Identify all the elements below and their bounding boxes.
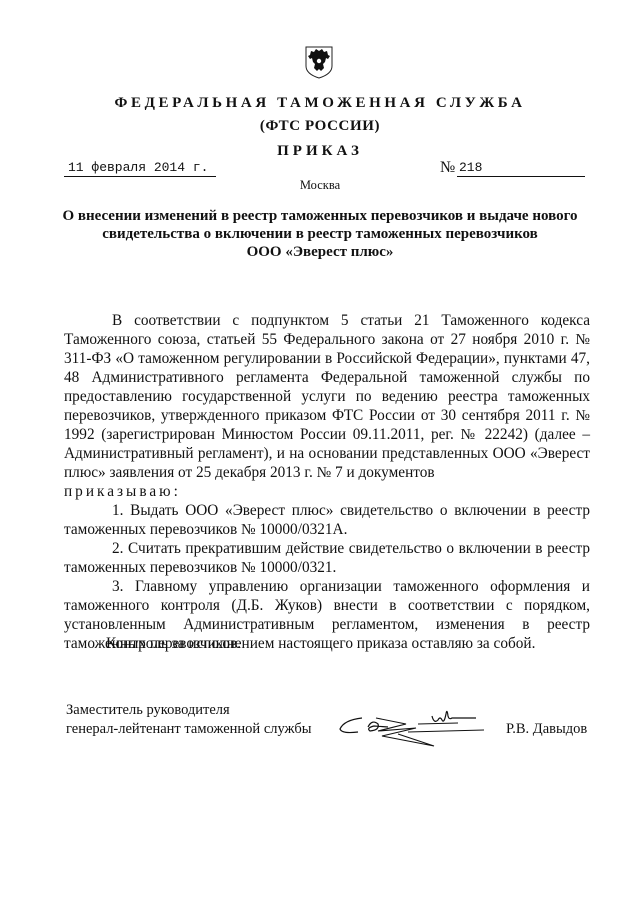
signer-name: Р.В. Давыдов [506,720,587,739]
subject-line: свидетельства о включении в реестр тамож… [40,225,600,243]
handwritten-signature-icon [338,702,488,752]
subject-line: О внесении изменений в реестр таможенных… [40,207,600,225]
closing-statement: Контроль за исполнением настоящего прика… [106,634,535,653]
subject-line: ООО «Эверест плюс» [40,243,600,261]
order-number-label: № [440,160,455,176]
order-item-2: 2. Считать прекратившим действие свидете… [64,539,590,577]
document-type: ПРИКАЗ [0,143,640,160]
signer-position-line: генерал-лейтенант таможенной службы [66,720,312,739]
order-word: приказываю: [64,482,590,501]
order-date: 11 февраля 2014 г. [64,160,216,177]
signer-position: Заместитель руководителя генерал-лейтена… [66,701,312,739]
preamble-paragraph: В соответствии с подпунктом 5 статьи 21 … [64,311,590,482]
order-subject: О внесении изменений в реестр таможенных… [40,207,600,261]
order-item-1: 1. Выдать ООО «Эверест плюс» свидетельст… [64,501,590,539]
organization-title: ФЕДЕРАЛЬНАЯ ТАМОЖЕННАЯ СЛУЖБА [0,95,640,112]
signer-position-line: Заместитель руководителя [66,701,312,720]
order-body: В соответствии с подпунктом 5 статьи 21 … [64,311,590,653]
order-number: 218 [457,160,585,177]
city: Москва [0,178,640,193]
organization-abbreviation: (ФТС РОССИИ) [0,118,640,135]
russian-coat-of-arms-icon [304,44,334,80]
